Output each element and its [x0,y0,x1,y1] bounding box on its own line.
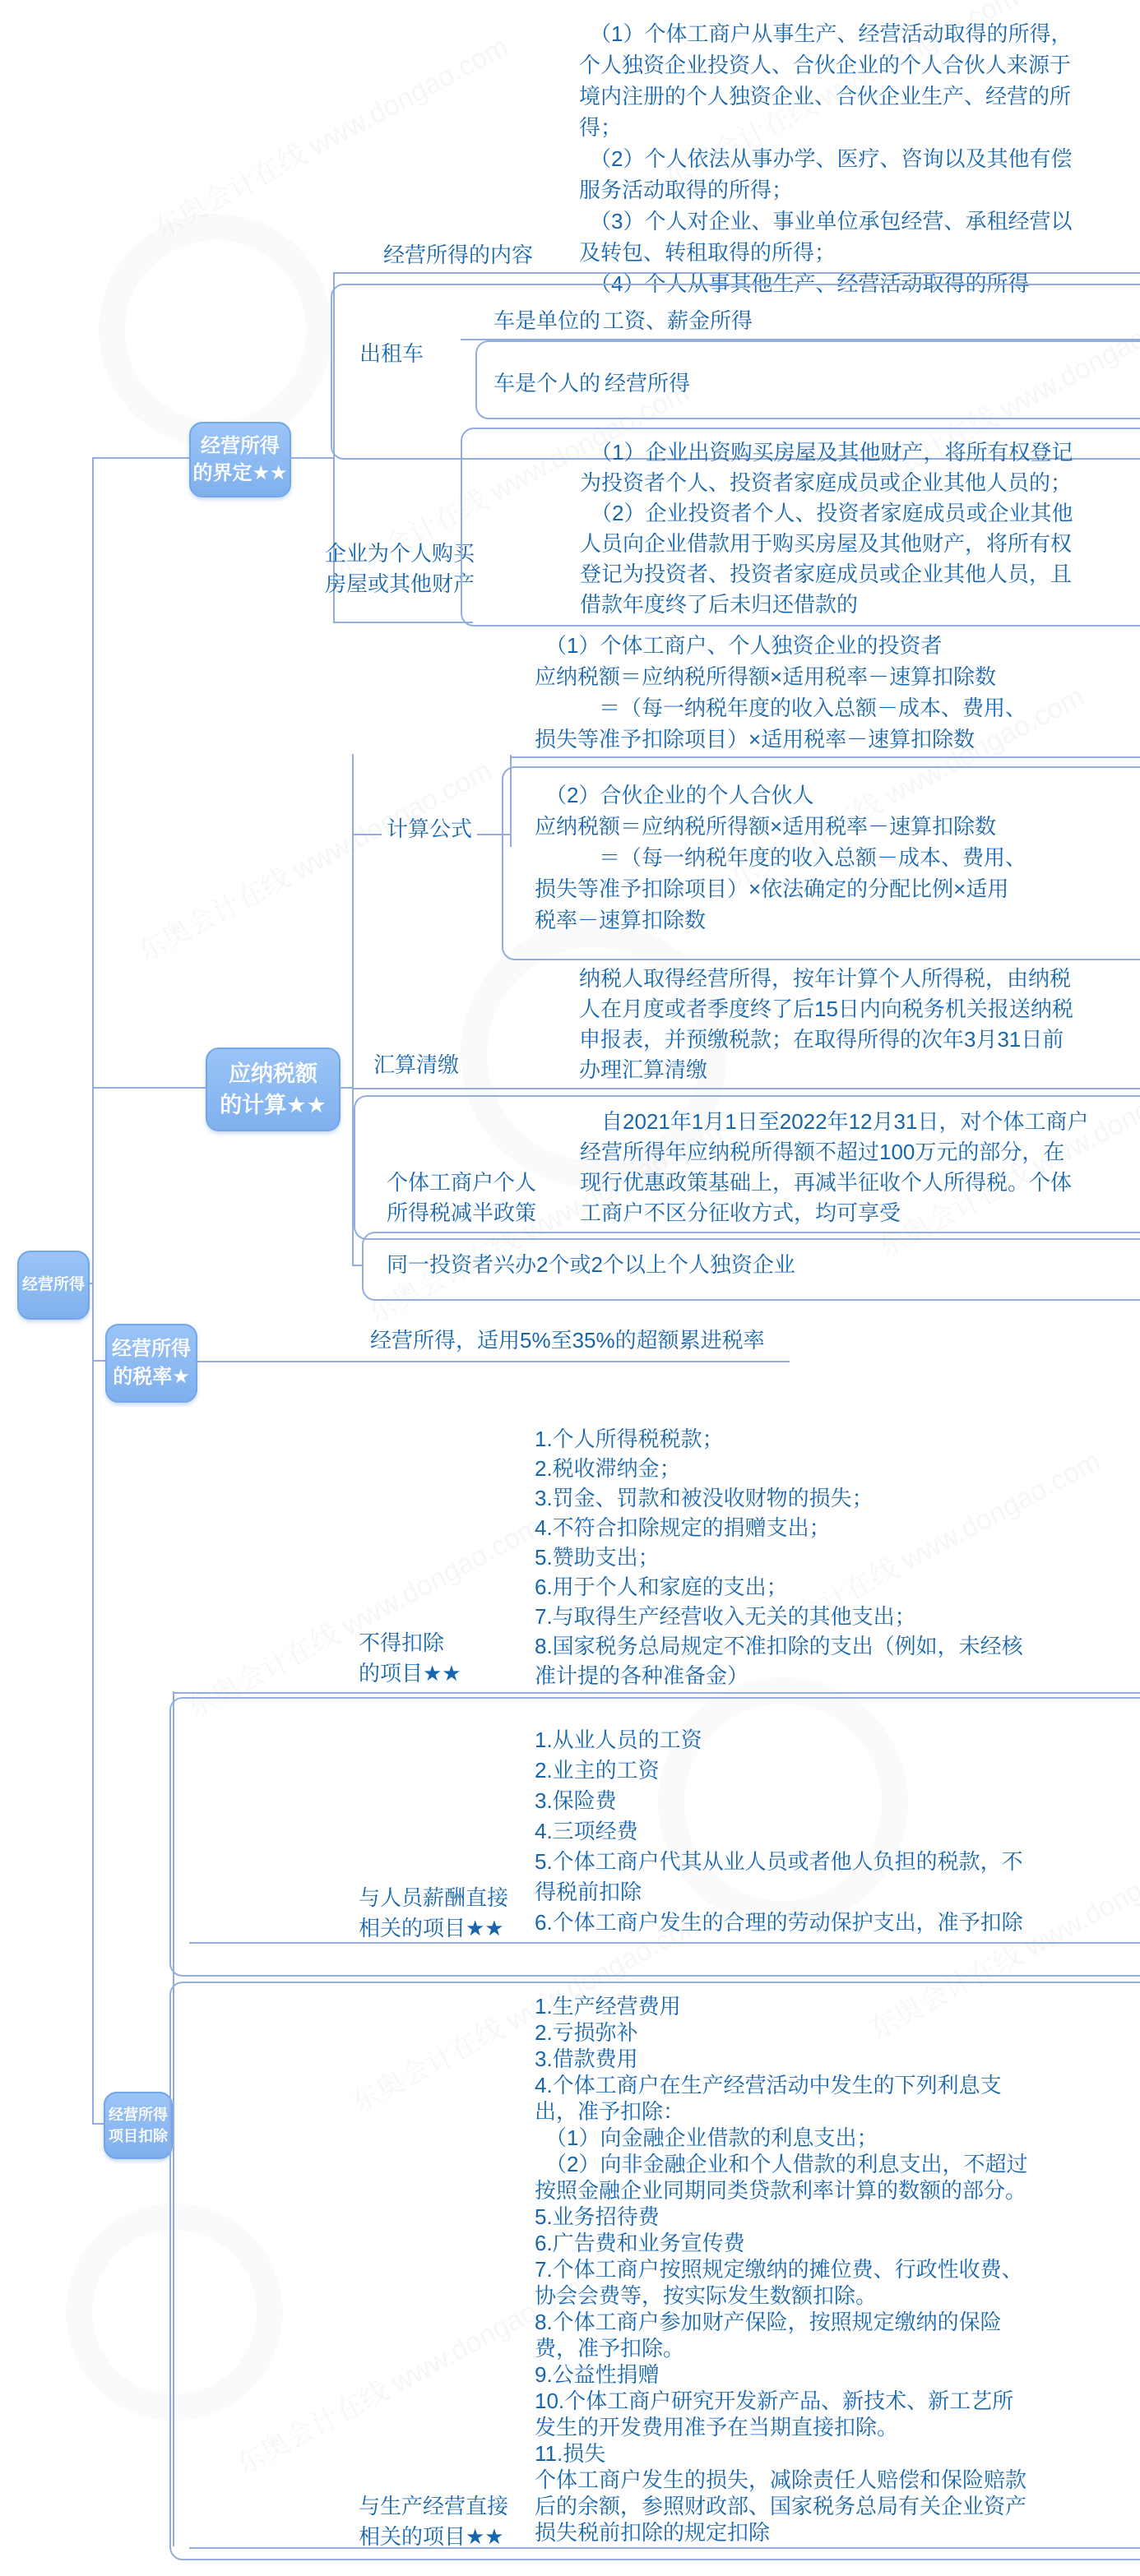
label-business-income-content[interactable]: 经营所得的内容 [383,240,533,271]
connector-line [510,756,1140,758]
text-same-investor[interactable]: 同一投资者兴办2个或2个以上个人独资企业 [387,1250,795,1280]
branch-node-deduction-items[interactable]: 经营所得 项目扣除 [104,2092,173,2159]
connector-line [92,1087,207,1089]
label-enterprise-purchase[interactable]: 企业为个人购买 房屋或其他财产 [325,539,475,599]
text-enterprise-purchase[interactable]: （1）企业出资购买房屋及其他财产，将所有权登记 为投资者个人、投资者家庭成员或企… [580,437,1123,620]
branch-node-tax-calculation[interactable]: 应纳税额 的计算★★ [206,1048,341,1131]
connector-line [189,1942,1140,1944]
label-production-related-items[interactable]: 与生产经营直接 相关的项目★★ [359,2491,508,2552]
connector-line [189,2547,1140,2549]
label-non-deductible-items[interactable]: 不得扣除 的项目★★ [359,1628,461,1689]
watermark-logo [99,214,332,447]
label-payroll-related-items[interactable]: 与人员薪酬直接 相关的项目★★ [359,1883,508,1944]
connector-line [173,1692,1140,1694]
taxi-row-result-2[interactable]: 经营所得 [605,368,690,399]
label-formula[interactable]: 计算公式 [387,814,472,844]
label-taxi[interactable]: 出租车 [359,339,424,369]
taxi-row-condition-1[interactable]: 车是单位的 [494,306,600,336]
label-annual-settlement[interactable]: 汇算清缴 [373,1050,459,1080]
connector-line [288,457,333,459]
text-half-tax-policy[interactable]: 自2021年1月1日至2022年12月31日，对个体工商户 经营所得年应纳税所得… [580,1107,1133,1228]
connector-line [92,458,94,2124]
connector-line [194,1361,790,1362]
connector-line [352,834,382,835]
branch-node-tax-rate[interactable]: 经营所得 的税率★ [105,1324,197,1403]
text-annual-settlement[interactable]: 纳税人取得经营所得，按年计算个人所得税，由纳税 人在月度或者季度终了后15日内向… [579,964,1132,1085]
branch-node-definition[interactable]: 经营所得 的界定★★ [189,422,291,497]
root-node[interactable]: 经营所得 [17,1251,90,1320]
connector-line [337,1087,352,1089]
text-non-deductible-items[interactable]: 1.个人所得税税款； 2.税收滞纳金； 3.罚金、罚款和被没收财物的损失； 4.… [535,1424,1110,1690]
label-half-tax-policy[interactable]: 个体工商户个人 所得税减半政策 [387,1168,536,1228]
text-payroll-related-items[interactable]: 1.从业人员的工资 2.业主的工资 3.保险费 4.三项经费 5.个体工商户代其… [535,1725,1110,1938]
text-formula-sole-proprietor[interactable]: （1）个体工商户、个人独资企业的投资者 应纳税额＝应纳税所得额×适用税率－速算扣… [535,630,1110,755]
connector-line [333,622,473,623]
watermark: 东奥会计在线 www.dongao.com [129,748,498,969]
connector-line [352,1088,1140,1089]
taxi-row-result-1[interactable]: 工资、薪金所得 [603,306,753,336]
taxi-row-condition-2[interactable]: 车是个人的 [494,368,600,399]
connector-line [92,457,191,459]
watermark: 东奥会计在线 www.dongao.com [146,25,514,246]
text-tax-rate[interactable]: 经营所得，适用5%至35%的超额累进税率 [370,1325,765,1356]
text-business-income-content[interactable]: （1）个体工商户从事生产、经营活动取得的所得， 个人独资企业投资人、合伙企业的个… [579,18,1132,299]
text-production-related-items[interactable]: 1.生产经营费用 2.亏损弥补 3.借款费用 4.个体工商户在生产经营活动中发生… [535,1993,1119,2546]
text-formula-partnership[interactable]: （2）合伙企业的个人合伙人 应纳税额＝应纳税所得额×适用税率－速算扣除数 ＝（每… [535,779,1110,936]
mindmap-canvas: 东奥会计在线 www.dongao.com 东奥会计在线 www.dongao.… [0,0,1140,2576]
